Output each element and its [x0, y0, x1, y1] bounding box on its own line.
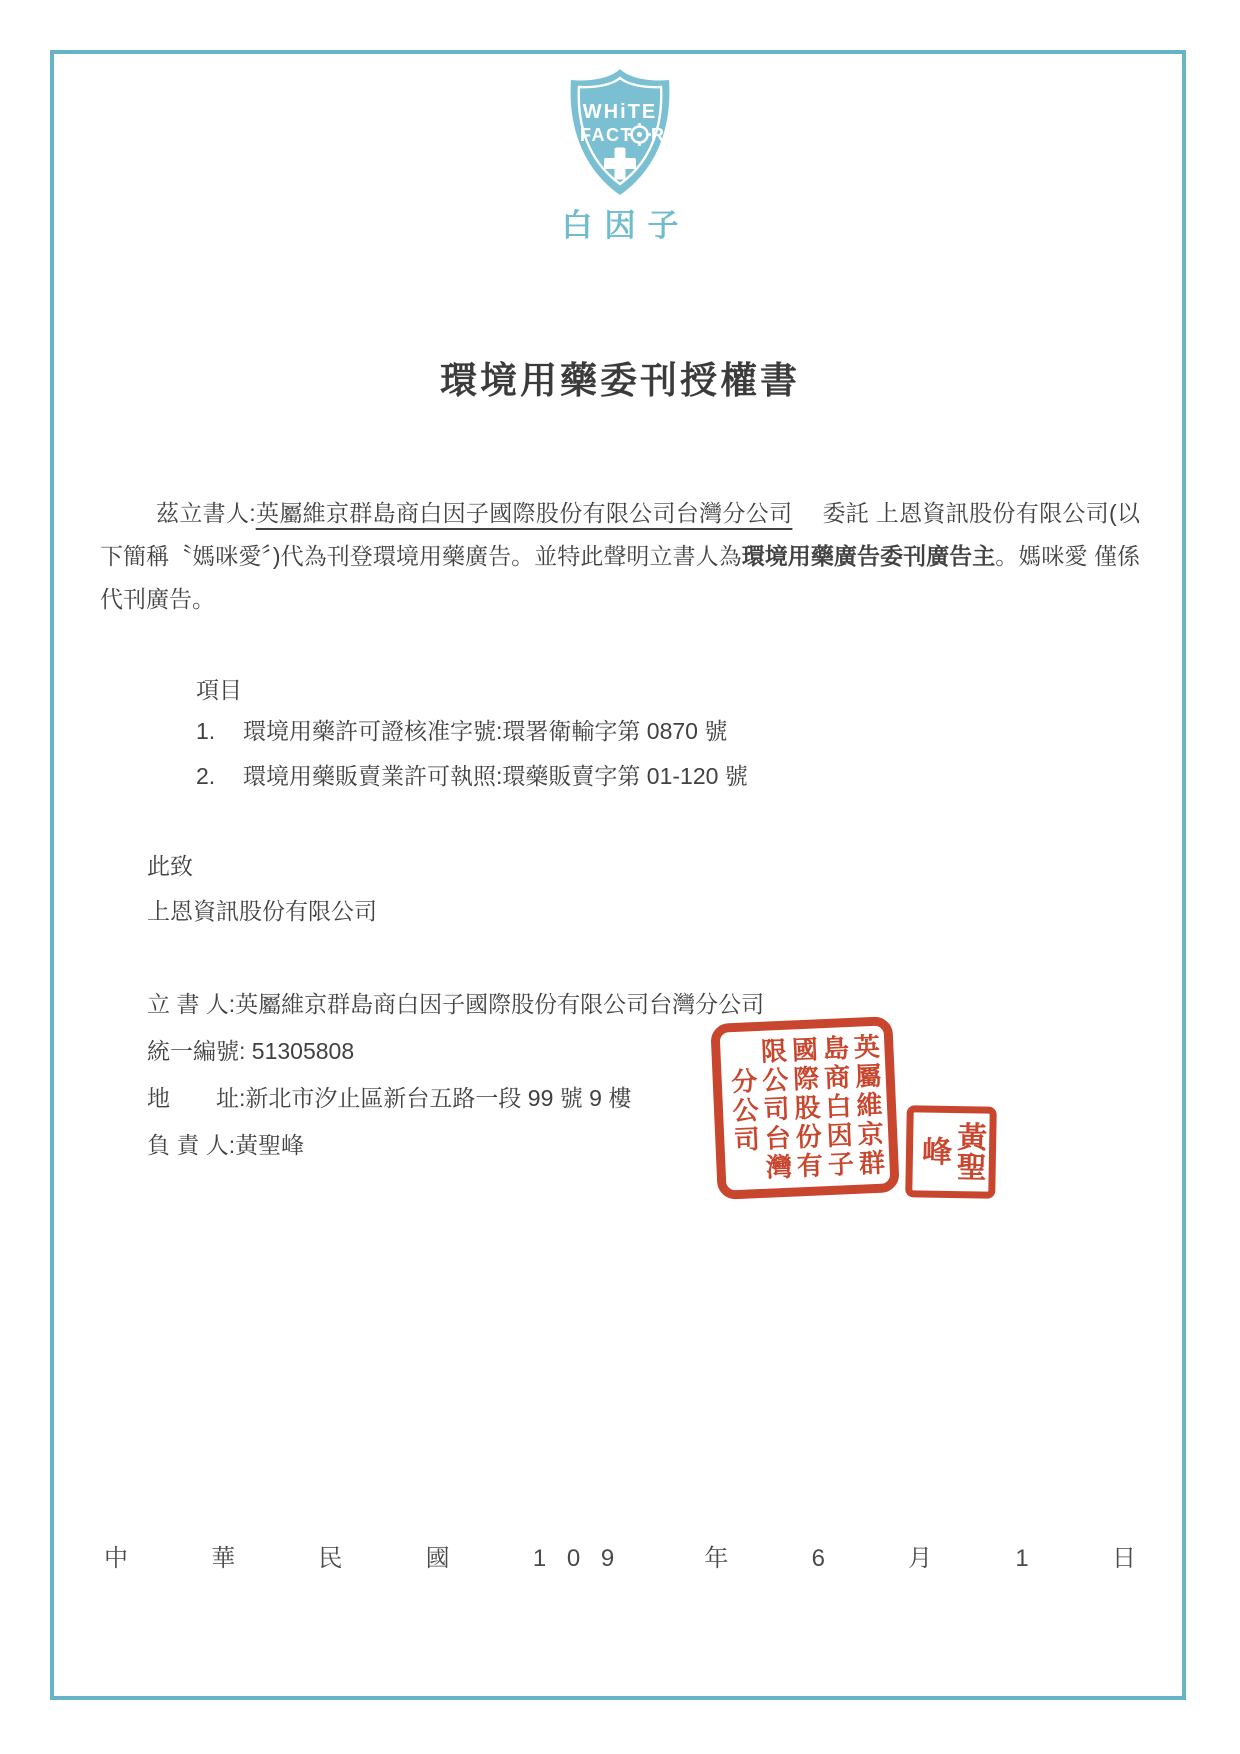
signature-label: 立 書 人:: [147, 991, 235, 1017]
document-title: 環境用藥委刊授權書: [0, 350, 1240, 404]
signature-value: 英屬維京群島商白因子國際股份有限公司台灣分公司: [235, 991, 764, 1017]
list-item-text: 環境用藥販賣業許可執照:環藥販賣字第 01-120 號: [243, 761, 748, 791]
date-year: 1 0 9: [533, 1545, 621, 1573]
signature-label: 負 責 人:: [147, 1132, 235, 1158]
intro-underlined-company: 英屬維京群島商白因子國際股份有限公司台灣分公司: [256, 500, 793, 526]
intro-bold-phrase: 環境用藥廣告委刊廣告主: [742, 543, 996, 569]
list-item-number: 2.: [196, 761, 243, 791]
list-item-number: 1.: [196, 716, 243, 746]
date-char: 民: [318, 1538, 342, 1573]
brand-line2-text: FACT: [580, 125, 633, 145]
signature-value: 新北市汐止區新台五路一段 99 號 9 樓: [245, 1085, 631, 1111]
signature-row: 負 責 人:黃聖峰: [147, 1122, 764, 1169]
salutation: 此致: [147, 848, 193, 881]
addressee-company: 上恩資訊股份有限公司: [147, 893, 377, 926]
brand-line2-r: R: [651, 125, 664, 145]
signature-value: 51305808: [252, 1038, 354, 1064]
name-seal-stamp: 黃聖峰: [905, 1105, 997, 1199]
signature-value: 黃聖峰: [235, 1132, 304, 1158]
signature-row: 立 書 人:英屬維京群島商白因子國際股份有限公司台灣分公司: [147, 981, 764, 1028]
intro-prefix: 茲立書人:: [156, 500, 256, 526]
list-item: 1. 環境用藥許可證核准字號:環署衛輸字第 0870 號: [196, 716, 748, 746]
name-seal-text: 黃聖峰: [915, 1116, 986, 1185]
date-day-value: 1: [1015, 1545, 1028, 1573]
brand-line1-text: WHiTE: [583, 101, 657, 123]
date-month-value: 6: [812, 1545, 825, 1573]
signature-row: 地 址:新北市汐止區新台五路一段 99 號 9 樓: [147, 1075, 764, 1122]
brand-name-cjk: 白因子: [0, 200, 1240, 245]
company-seal-stamp: 英屬維京群島商白因子國際股份有限公司台灣分公司: [710, 1016, 900, 1200]
signature-row: 統一編號: 51305808: [147, 1028, 764, 1075]
signature-label: 地 址:: [147, 1085, 245, 1111]
items-list: 1. 環境用藥許可證核准字號:環署衛輸字第 0870 號 2. 環境用藥販賣業許…: [196, 716, 748, 806]
date-char: 中: [104, 1538, 128, 1573]
list-item: 2. 環境用藥販賣業許可執照:環藥販賣字第 01-120 號: [196, 761, 748, 791]
date-char: 華: [211, 1538, 235, 1573]
page-border-frame: [50, 50, 1186, 1700]
shield-logo-icon: WHiTE FACT R: [550, 64, 690, 198]
date-char: 日: [1112, 1538, 1136, 1573]
intro-paragraph: 茲立書人:英屬維京群島商白因子國際股份有限公司台灣分公司 委託 上恩資訊股份有限…: [100, 492, 1140, 621]
items-heading: 項目: [196, 672, 242, 705]
date-char: 月: [908, 1538, 932, 1573]
document-page: WHiTE FACT R 白因子 環境用藥委刊授權書 茲立書人:英屬維京群島商白…: [0, 0, 1240, 1754]
date-line: 中 華 民 國 1 0 9 年 6 月 1 日: [104, 1538, 1136, 1573]
list-item-text: 環境用藥許可證核准字號:環署衛輸字第 0870 號: [243, 716, 727, 746]
white-factor-logo: WHiTE FACT R: [0, 64, 1240, 203]
company-seal-text: 英屬維京群島商白因子國際股份有限公司台灣分公司: [724, 1030, 886, 1187]
signature-label: 統一編號:: [147, 1038, 252, 1064]
date-char: 年: [704, 1538, 728, 1573]
date-char: 國: [426, 1538, 450, 1573]
signature-block: 立 書 人:英屬維京群島商白因子國際股份有限公司台灣分公司 統一編號: 5130…: [147, 981, 764, 1169]
